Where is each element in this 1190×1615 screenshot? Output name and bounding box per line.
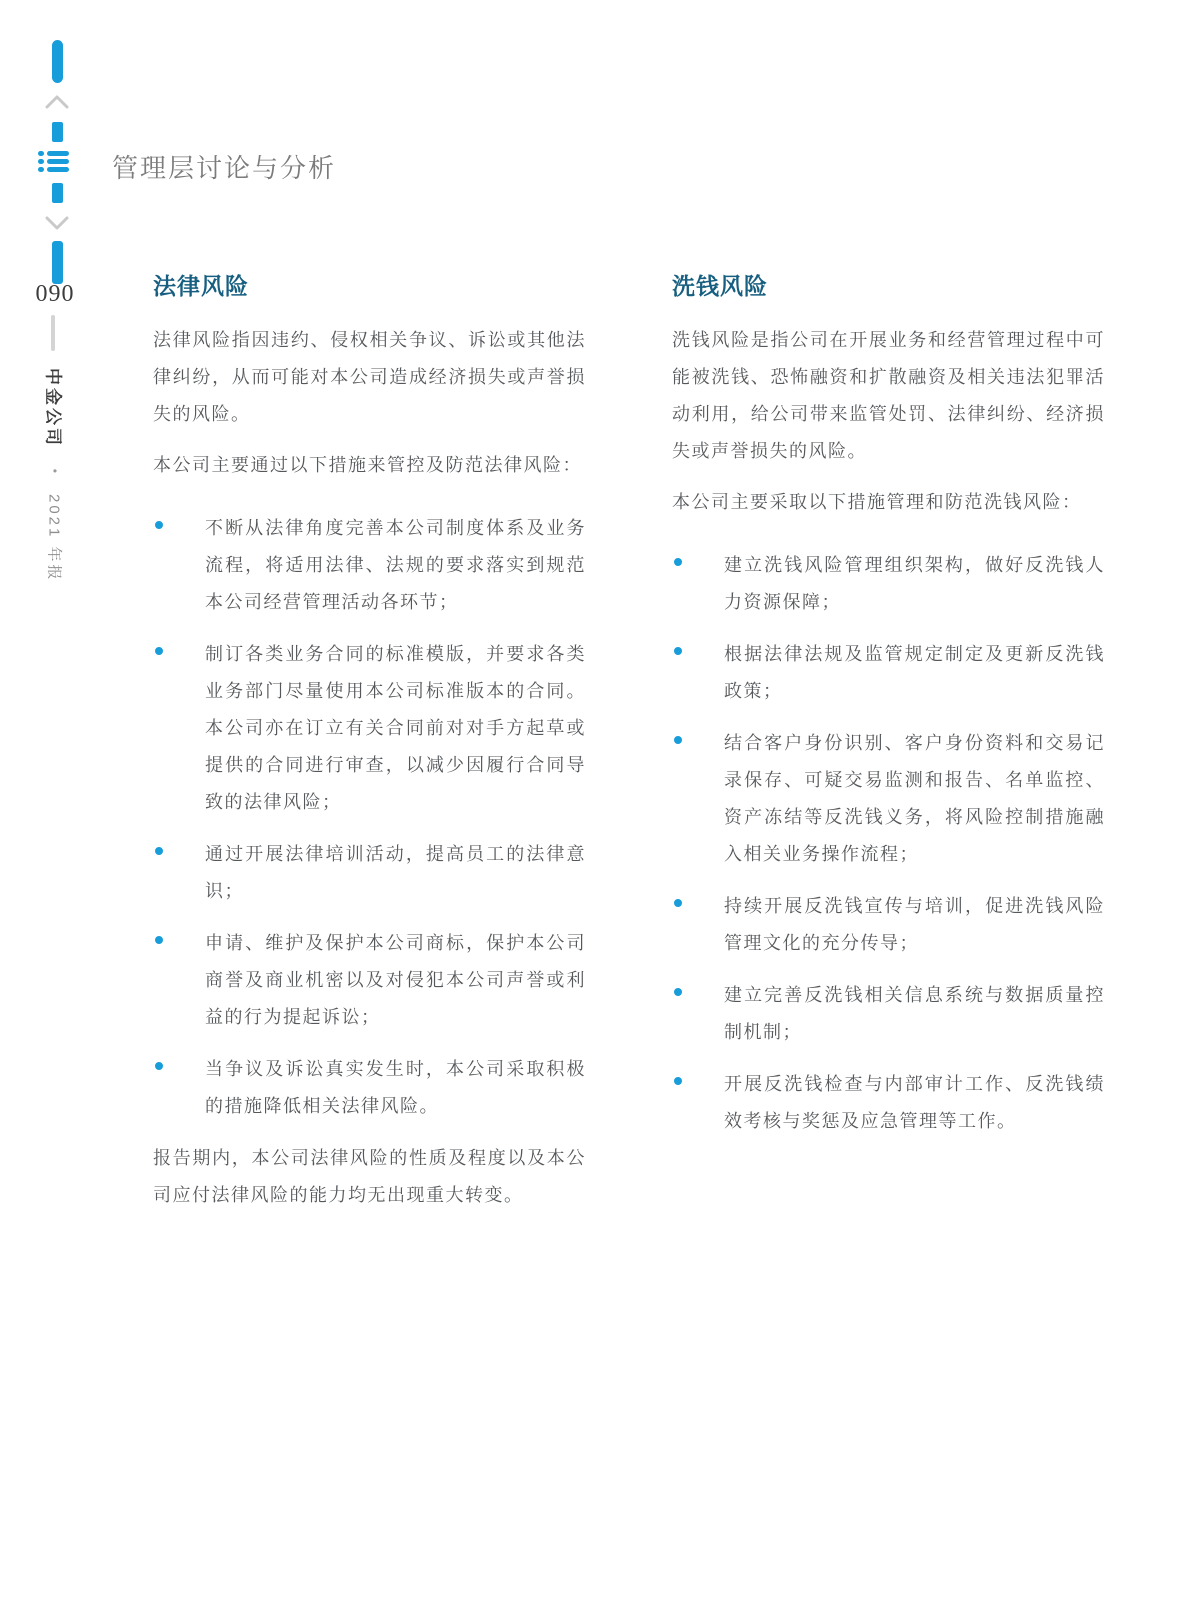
bullet-text: 当争议及诉讼真实发生时，本公司采取积极的措施降低相关法律风险。 xyxy=(205,1059,586,1116)
list-item: 申请、维护及保护本公司商标，保护本公司商誉及商业机密以及对侵犯本公司声誉或利益的… xyxy=(153,925,586,1036)
bullet-text: 通过开展法律培训活动，提高员工的法律意识； xyxy=(205,844,586,901)
bullet-ring-icon xyxy=(155,1062,163,1070)
spine-separator-dot: • xyxy=(53,464,57,478)
bullet-text: 根据法律法规及监管规定制定及更新反洗钱政策； xyxy=(724,644,1105,701)
bullet-ring-icon xyxy=(155,647,163,655)
list-item: 结合客户身份识别、客户身份资料和交易记录保存、可疑交易监测和报告、名单监控、资产… xyxy=(672,725,1105,873)
bullet-ring-icon xyxy=(674,647,682,655)
bullet-ring-icon xyxy=(674,736,682,744)
list-item: 建立洗钱风险管理组织架构，做好反洗钱人力资源保障； xyxy=(672,547,1105,621)
list-item: 制订各类业务合同的标准模版，并要求各类业务部门尽量使用本公司标准版本的合同。本公… xyxy=(153,636,586,821)
money-laundering-risk-lead: 本公司主要采取以下措施管理和防范洗钱风险： xyxy=(672,484,1105,521)
bullet-ring-icon xyxy=(155,521,163,529)
rail-square-bottom xyxy=(52,183,63,203)
rail-bottom-bar xyxy=(52,241,63,284)
bullet-text: 不断从法律角度完善本公司制度体系及业务流程，将适用法律、法规的要求落实到规范本公… xyxy=(205,518,586,612)
page-number-tick xyxy=(51,315,55,351)
bullet-ring-icon xyxy=(674,1077,682,1085)
legal-risk-column: 法律风险 法律风险指因违约、侵权相关争议、诉讼或其他法律纠纷，从而可能对本公司造… xyxy=(153,272,586,1228)
section-header: 管理层讨论与分析 xyxy=(112,148,336,185)
list-item: 开展反洗钱检查与内部审计工作、反洗钱绩效考核与奖惩及应急管理等工作。 xyxy=(672,1066,1105,1140)
bullet-text: 持续开展反洗钱宣传与培训，促进洗钱风险管理文化的充分传导； xyxy=(724,896,1105,953)
legal-risk-closing: 报告期内，本公司法律风险的性质及程度以及本公司应付法律风险的能力均无出现重大转变… xyxy=(153,1140,586,1214)
bullet-ring-icon xyxy=(674,899,682,907)
bullet-text: 申请、维护及保护本公司商标，保护本公司商誉及商业机密以及对侵犯本公司声誉或利益的… xyxy=(205,933,586,1027)
money-laundering-risk-column: 洗钱风险 洗钱风险是指公司在开展业务和经营管理过程中可能被洗钱、恐怖融资和扩散融… xyxy=(672,272,1105,1228)
list-item: 当争议及诉讼真实发生时，本公司采取积极的措施降低相关法律风险。 xyxy=(153,1051,586,1125)
money-laundering-risk-title: 洗钱风险 xyxy=(672,272,1105,300)
spine-report-year: 2021 年报 xyxy=(45,494,66,583)
list-item: 持续开展反洗钱宣传与培训，促进洗钱风险管理文化的充分传导； xyxy=(672,888,1105,962)
rail-square-top xyxy=(52,122,63,142)
list-item: 通过开展法律培训活动，提高员工的法律意识； xyxy=(153,836,586,910)
list-item: 建立完善反洗钱相关信息系统与数据质量控制机制； xyxy=(672,977,1105,1051)
spine-text: 中金公司 • 2021 年报 xyxy=(38,368,72,583)
bullet-ring-icon xyxy=(155,936,163,944)
page-number: 090 xyxy=(35,281,75,308)
bullet-text: 结合客户身份识别、客户身份资料和交易记录保存、可疑交易监测和报告、名单监控、资产… xyxy=(724,733,1105,864)
bullet-text: 建立洗钱风险管理组织架构，做好反洗钱人力资源保障； xyxy=(724,555,1105,612)
bullet-ring-icon xyxy=(155,847,163,855)
chevron-up-icon xyxy=(45,95,69,109)
bullet-ring-icon xyxy=(674,558,682,566)
list-item: 根据法律法规及监管规定制定及更新反洗钱政策； xyxy=(672,636,1105,710)
bullet-text: 开展反洗钱检查与内部审计工作、反洗钱绩效考核与奖惩及应急管理等工作。 xyxy=(724,1074,1105,1131)
list-item: 不断从法律角度完善本公司制度体系及业务流程，将适用法律、法规的要求落实到规范本公… xyxy=(153,510,586,621)
spine-company: 中金公司 xyxy=(43,368,68,448)
content-columns: 法律风险 法律风险指因违约、侵权相关争议、诉讼或其他法律纠纷，从而可能对本公司造… xyxy=(153,272,1105,1228)
bullet-text: 制订各类业务合同的标准模版，并要求各类业务部门尽量使用本公司标准版本的合同。本公… xyxy=(205,644,586,812)
list-menu-icon xyxy=(38,151,69,172)
bullet-text: 建立完善反洗钱相关信息系统与数据质量控制机制； xyxy=(724,985,1105,1042)
legal-risk-intro: 法律风险指因违约、侵权相关争议、诉讼或其他法律纠纷，从而可能对本公司造成经济损失… xyxy=(153,322,586,433)
rail-top-bar xyxy=(52,40,63,83)
legal-risk-title: 法律风险 xyxy=(153,272,586,300)
bullet-ring-icon xyxy=(674,988,682,996)
legal-risk-lead: 本公司主要通过以下措施来管控及防范法律风险： xyxy=(153,447,586,484)
money-laundering-risk-intro: 洗钱风险是指公司在开展业务和经营管理过程中可能被洗钱、恐怖融资和扩散融资及相关违… xyxy=(672,322,1105,470)
report-page: 090 中金公司 • 2021 年报 管理层讨论与分析 法律风险 法律风险指因违… xyxy=(0,0,1190,1615)
chevron-down-icon xyxy=(45,216,69,230)
